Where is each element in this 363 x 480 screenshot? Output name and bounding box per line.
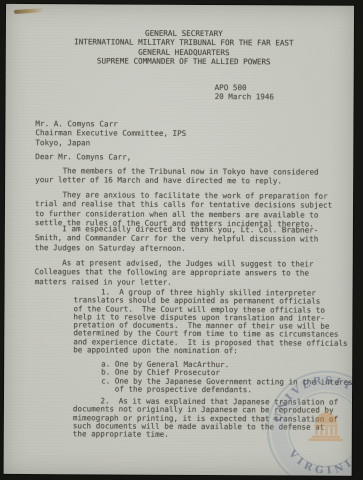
letterhead: GENERAL SECRETARY INTERNATIONAL MILITARY… [34,28,334,67]
document-page: GENERAL SECRETARY INTERNATIONAL MILITARY… [4,4,354,476]
seal-arc-bottom-text: VIRGINIA [285,448,354,476]
letterhead-line-4: SUPREME COMMANDER OF THE ALLIED POWERS [34,56,334,67]
body-paragraph-3: I am especially directed to thank you, L… [35,224,319,253]
recipient-address: Mr. A. Comyns Carr Chairman Executive Co… [35,119,186,148]
staple-rust-mark [14,8,44,14]
body-paragraph-4: As at present advised, the Judges will s… [35,258,314,287]
body-paragraph-2: They are anxious to facilitate the work … [35,190,332,229]
svg-text:VIRGINIA: VIRGINIA [285,448,354,476]
scan-background: { "window": { "background_color": "#1313… [0,0,363,480]
date-block: APO 500 20 March 1946 [215,83,275,102]
salutation: Dear Mr. Comyns Carr, [35,152,131,162]
nomination-sub-list: a. One by General MacArthur. b. One by C… [101,360,354,395]
letterhead-line-2: INTERNATIONAL MILITARY TRIBUNAL FOR THE … [34,37,334,48]
numbered-item-2: 2. As it was explained that Japanese tra… [73,397,338,440]
numbered-item-1: 1. A group of three highly skilled inter… [73,288,348,356]
body-paragraph-1: The members of the Tribunal now in Tokyo… [35,166,319,186]
